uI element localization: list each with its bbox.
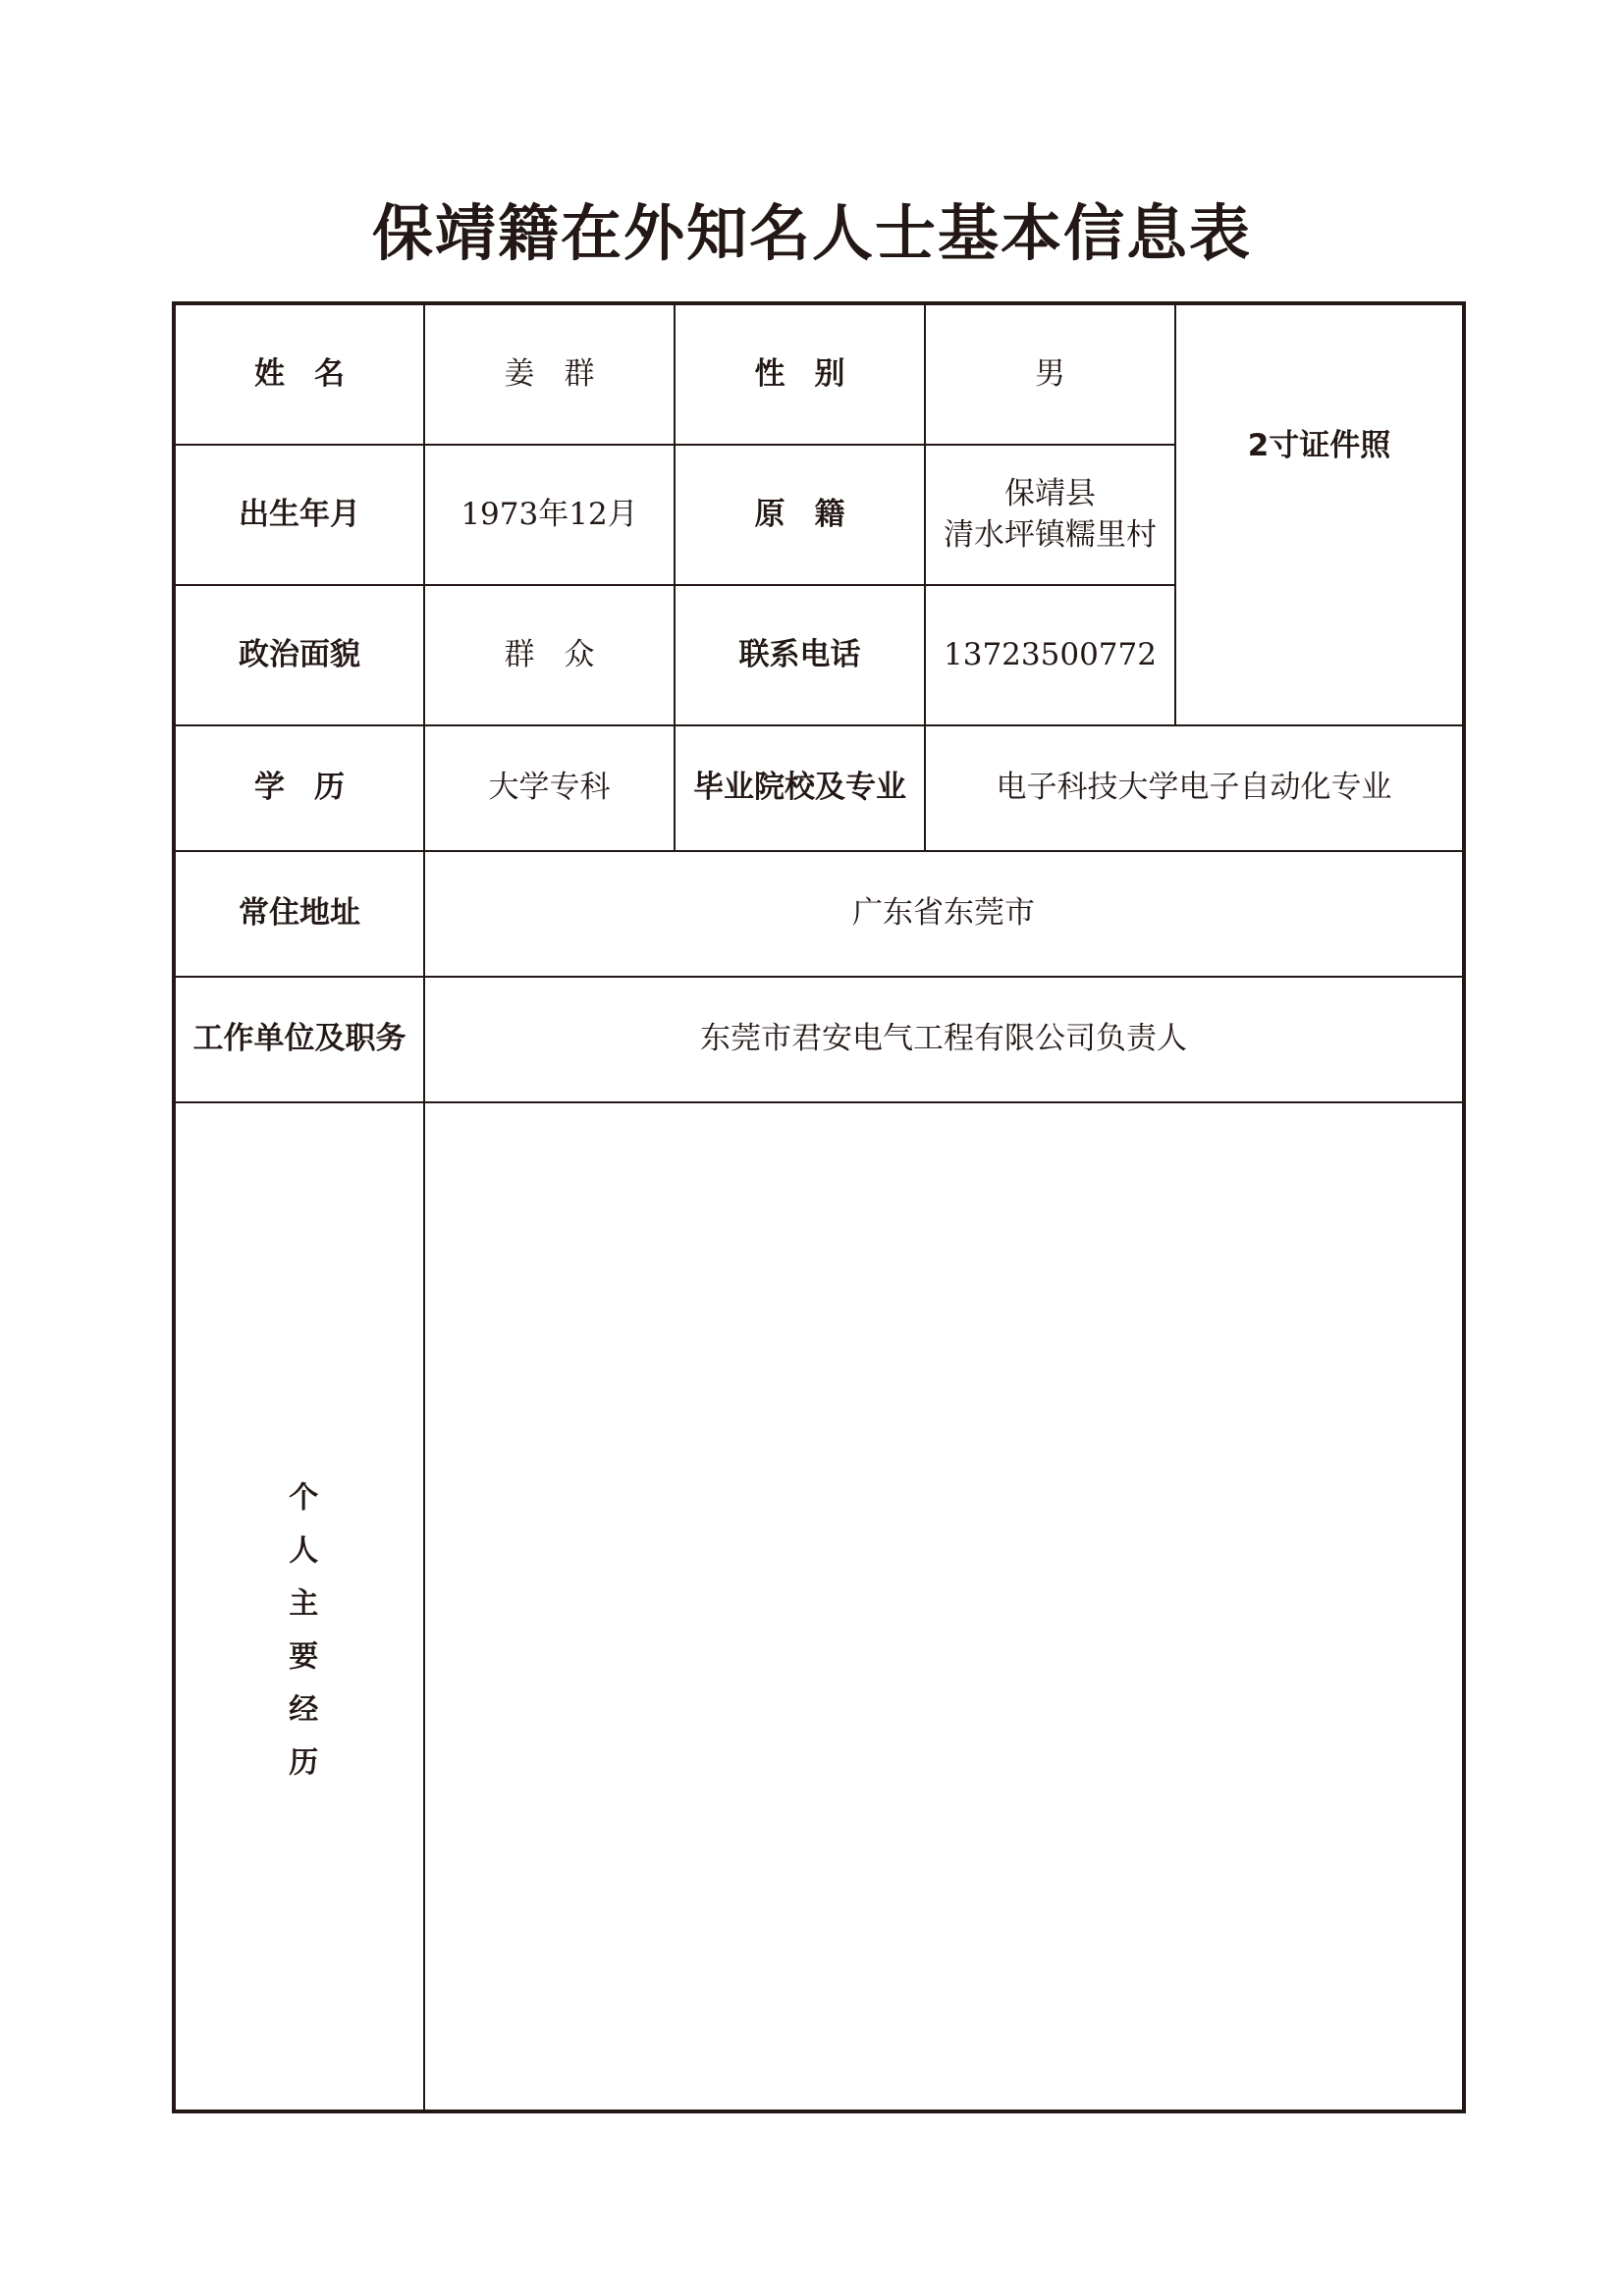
- info-table: 姓名 姜群 性别 男 2寸证件照 出生年月 1973年12月 原籍 保靖县 清水…: [172, 301, 1466, 2113]
- origin-value-line1: 保靖县: [926, 474, 1174, 515]
- photo-placeholder-label: 2寸证件照: [1248, 428, 1391, 463]
- education-value[interactable]: 大学专科: [424, 725, 675, 851]
- school-value[interactable]: 电子科技大学电子自动化专业: [925, 725, 1464, 851]
- name-label: 姓名: [174, 303, 424, 445]
- name-value[interactable]: 姜群: [424, 303, 675, 445]
- phone-value[interactable]: 13723500772: [925, 585, 1175, 725]
- experience-label-cell: 个人主要经历: [174, 1102, 424, 2111]
- origin-label: 原籍: [675, 445, 925, 585]
- row-experience: 个人主要经历: [174, 1102, 1464, 2111]
- origin-value[interactable]: 保靖县 清水坪镇糯里村: [925, 445, 1175, 585]
- work-value[interactable]: 东莞市君安电气工程有限公司负责人: [424, 977, 1464, 1102]
- birth-label: 出生年月: [174, 445, 424, 585]
- row-work: 工作单位及职务 东莞市君安电气工程有限公司负责人: [174, 977, 1464, 1102]
- row-education: 学历 大学专科 毕业院校及专业 电子科技大学电子自动化专业: [174, 725, 1464, 851]
- school-label: 毕业院校及专业: [675, 725, 925, 851]
- gender-label: 性别: [675, 303, 925, 445]
- education-label: 学历: [174, 725, 424, 851]
- experience-label: 个人主要经历: [280, 1481, 320, 1799]
- address-value[interactable]: 广东省东莞市: [424, 851, 1464, 977]
- document-title: 保靖籍在外知名人士基本信息表: [0, 185, 1624, 272]
- birth-value[interactable]: 1973年12月: [424, 445, 675, 585]
- political-value[interactable]: 群众: [424, 585, 675, 725]
- origin-value-line2: 清水坪镇糯里村: [926, 515, 1174, 557]
- political-label: 政治面貌: [174, 585, 424, 725]
- experience-value[interactable]: [424, 1102, 1464, 2111]
- address-label: 常住地址: [174, 851, 424, 977]
- row-address: 常住地址 广东省东莞市: [174, 851, 1464, 977]
- work-label: 工作单位及职务: [174, 977, 424, 1102]
- gender-value[interactable]: 男: [925, 303, 1175, 445]
- row-name: 姓名 姜群 性别 男 2寸证件照: [174, 303, 1464, 445]
- photo-placeholder[interactable]: 2寸证件照: [1175, 303, 1464, 725]
- phone-label: 联系电话: [675, 585, 925, 725]
